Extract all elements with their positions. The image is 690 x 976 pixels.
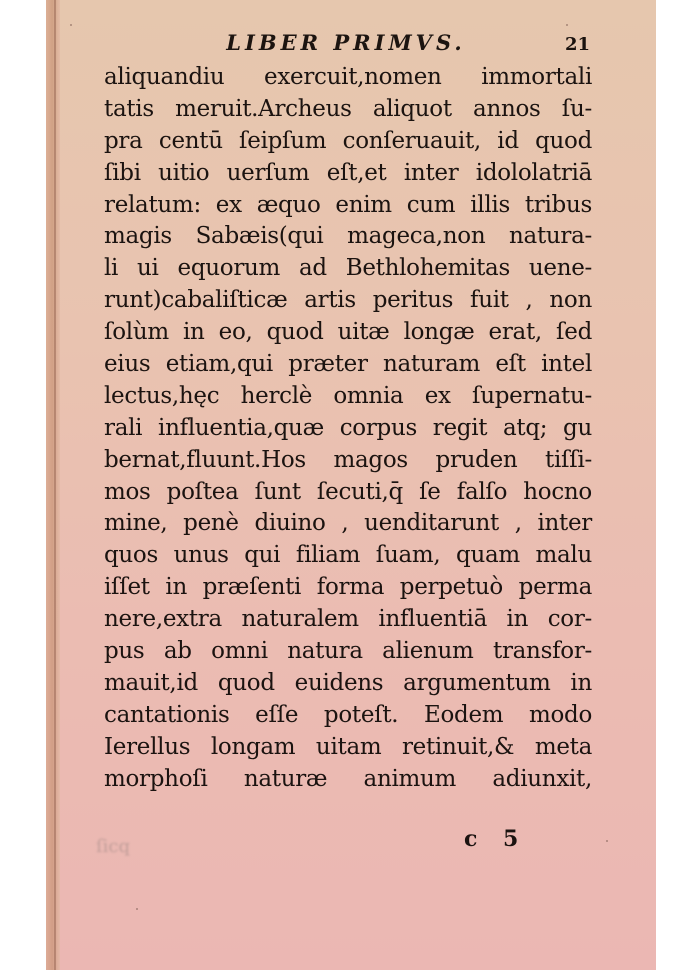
paper-speck bbox=[136, 908, 138, 910]
text-line: Ierellus longam uitam retinuit,& meta bbox=[104, 732, 592, 764]
paper-speck bbox=[70, 24, 72, 26]
text-line: pra centū ſeipſum conſeruauit, id quod bbox=[104, 126, 592, 158]
paper-speck bbox=[606, 840, 608, 842]
text-line: bernat,fluunt.Hos magos pruden tiſſi- bbox=[104, 445, 592, 477]
text-line: mauit,id quod euidens argumentum in bbox=[104, 668, 592, 700]
text-line: ſolùm in eo, quod uitæ longæ erat, ſed bbox=[104, 317, 592, 349]
text-line: cantationis eſſe poteſt. Eodem modo bbox=[104, 700, 592, 732]
text-line-last: morphoſi naturæ animum adiunxit, bbox=[104, 764, 592, 796]
signature-mark: c 5 bbox=[464, 826, 518, 852]
text-line: quos unus qui filiam ſuam, quam malu bbox=[104, 540, 592, 572]
text-line: li ui equorum ad Bethlohemitas uene- bbox=[104, 253, 592, 285]
text-line: mos poſtea ſunt ſecuti,q̄ ſe falſo hocno bbox=[104, 477, 592, 509]
text-line: eius etiam,qui præter naturam eſt intel bbox=[104, 349, 592, 381]
text-line: lectus,hęc herclè omnia ex ſupernatu- bbox=[104, 381, 592, 413]
text-line: runt)cabaliſticæ artis peritus fuit , no… bbox=[104, 285, 592, 317]
text-line: iſſet in præſenti forma perpetuò perma bbox=[104, 572, 592, 604]
text-line: rali influentia,quæ corpus regit atq; gu bbox=[104, 413, 592, 445]
text-line: mine, penè diuino , uenditarunt , inter bbox=[104, 508, 592, 540]
text-line: pus ab omni natura alienum transfor- bbox=[104, 636, 592, 668]
page-number: 21 bbox=[565, 34, 590, 55]
paper-speck bbox=[566, 24, 568, 26]
running-head: LIBER PRIMVS. bbox=[176, 30, 516, 55]
text-line: magis Sabæis(qui mageca,non natura- bbox=[104, 221, 592, 253]
book-page: LIBER PRIMVS. 21 aliquandiu exercuit,nom… bbox=[46, 0, 656, 970]
text-line: aliquandiu exercuit,nomen immortali bbox=[104, 62, 592, 94]
text-line: nere,extra naturalem influentiā in cor- bbox=[104, 604, 592, 636]
bleed-through-text: ſicq bbox=[96, 836, 130, 857]
text-line: ſibi uitio uerſum eſt,et inter idololatr… bbox=[104, 158, 592, 190]
text-line: tatis meruit.Archeus aliquot annos ſu- bbox=[104, 94, 592, 126]
body-text: aliquandiu exercuit,nomen immortali tati… bbox=[104, 62, 592, 795]
text-line: relatum: ex æquo enim cum illis tribus bbox=[104, 190, 592, 222]
